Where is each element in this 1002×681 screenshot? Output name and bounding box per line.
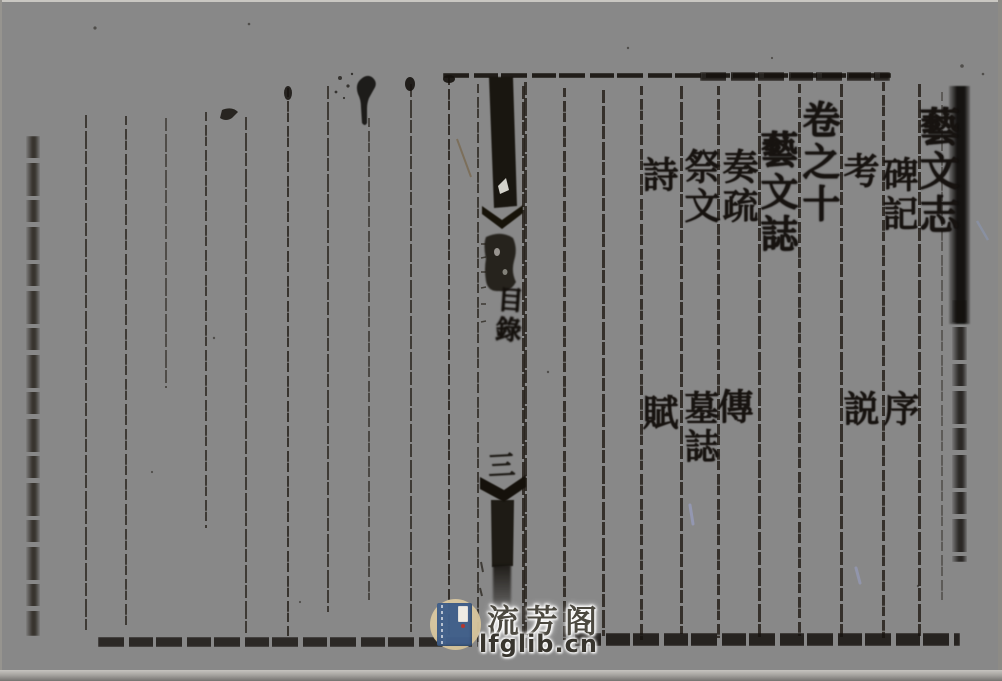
toc-entry: 賦 [640, 394, 676, 430]
page-bottom-border [575, 633, 960, 646]
column-rule [125, 116, 127, 626]
column-rule [85, 115, 87, 630]
scratch-mark [457, 139, 471, 177]
book-icon [437, 603, 472, 646]
column-rule [287, 88, 289, 636]
upper-fishtail-mark [482, 205, 523, 229]
scanned-book-spread: 藝文志 碑記 序 考 説 卷之十 藝文誌 奏疏 傳 祭文 墓誌 詩 賦 [0, 0, 1002, 681]
toc-entry: 墓誌 [682, 390, 717, 466]
book-stitch-binding [441, 605, 443, 644]
smudge-highlight [494, 248, 500, 256]
volume-number: 卷之十 [799, 100, 837, 226]
red-seal-dot [461, 624, 465, 628]
ink-blot [220, 108, 238, 120]
volume-heading: 藝文志 [916, 106, 956, 238]
toc-entry: 碑記 [880, 156, 916, 234]
blue-ink-dash [690, 505, 693, 524]
page-edge-ink-smudge [26, 136, 40, 636]
ink-speckle-cluster [335, 73, 354, 99]
scan-edge [998, 0, 1002, 681]
watermark-site-url: lfglib.cn [479, 630, 598, 658]
page-top-border [700, 72, 890, 81]
scratch-mark [977, 221, 988, 240]
book-title-label [458, 606, 468, 622]
fold-top-bar [489, 77, 517, 208]
fold-section-label: 目錄 [492, 285, 522, 347]
illegible-ink-smudge [485, 234, 517, 292]
column-rule [245, 117, 247, 633]
column-rule [205, 112, 207, 528]
ink-specks [480, 562, 483, 596]
scan-edge [0, 670, 1002, 681]
blue-ink-dash [856, 568, 860, 583]
toc-entry: 考 [841, 152, 877, 188]
toc-entry: 奏疏 [720, 148, 756, 226]
page-edge-ink-smudge [952, 300, 967, 562]
toc-entry: 祭文 [682, 148, 718, 226]
paper-speckles [93, 23, 984, 603]
fold-bar-gap [498, 178, 509, 194]
column-rule [563, 88, 566, 640]
fold-tick-marks [481, 244, 486, 322]
toc-entry: 説 [841, 390, 877, 426]
scan-edge [0, 0, 1002, 2]
ink-blot [357, 76, 376, 125]
folio-page-number: 三 [487, 443, 516, 483]
fold-bottom-bar [491, 500, 514, 567]
toc-entry: 詩 [640, 156, 676, 192]
scan-edge [0, 0, 2, 681]
column-rule [410, 84, 412, 632]
page-bottom-border [98, 637, 478, 647]
column-rule [522, 86, 525, 646]
column-rule [327, 86, 329, 612]
toc-entry: 序 [881, 390, 917, 426]
column-rule [448, 76, 450, 642]
column-rule [165, 118, 167, 388]
section-heading: 藝文誌 [757, 130, 795, 256]
watermark-badge [430, 599, 481, 650]
toc-entry: 傳 [715, 388, 751, 424]
smudge-highlight [503, 269, 508, 275]
fold-rule [477, 84, 479, 642]
column-rule [602, 90, 605, 636]
column-rule [368, 118, 370, 600]
